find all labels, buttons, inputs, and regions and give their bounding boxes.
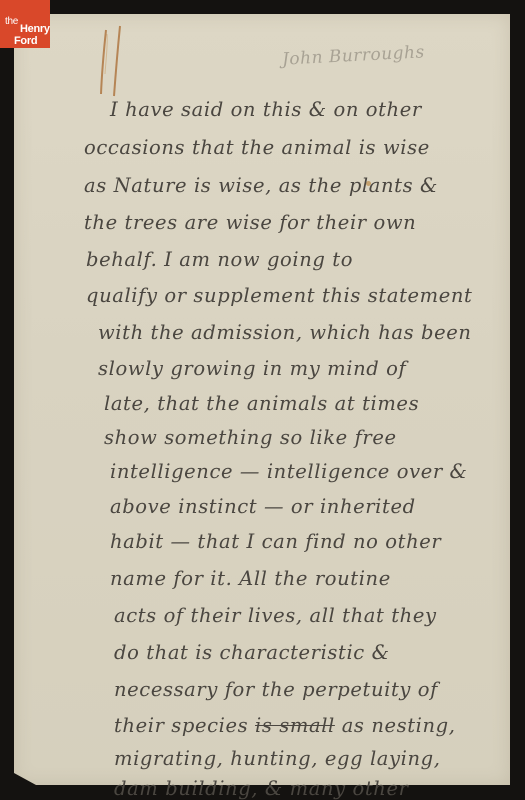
document-viewer: the Henry Ford John Burroughs I have sai… — [0, 0, 525, 800]
text-line-10: show something so like free — [104, 426, 397, 449]
text-line-19: migrating, hunting, egg laying, — [114, 747, 441, 770]
text-line-6: qualify or supplement this statement — [86, 284, 472, 307]
text-line-12: above instinct — or inherited — [110, 495, 416, 518]
text-line-3: as Nature is wise, as the plants & — [84, 174, 438, 197]
text-line-9: late, that the animals at times — [104, 392, 419, 415]
struck-through-text: is small — [255, 714, 335, 737]
text-line-18: their species is small as nesting, — [114, 714, 456, 737]
paper-corner-fold — [14, 773, 36, 785]
rust-mark-icon — [96, 24, 136, 104]
manuscript-page: John Burroughs I have said on this & on … — [14, 14, 510, 785]
logo-ford: Ford — [14, 36, 37, 47]
text-line-8: slowly growing in my mind of — [98, 357, 406, 380]
logo-the: the — [5, 17, 18, 27]
logo-henry: Henry — [20, 24, 50, 35]
text-line-13: habit — that I can find no other — [110, 530, 441, 553]
text-line-7: with the admission, which has been — [98, 321, 472, 344]
the-henry-ford-logo[interactable]: the Henry Ford — [0, 0, 50, 48]
text-line-20: dam building, & many other — [114, 777, 409, 800]
text-line-14: name for it. All the routine — [110, 567, 391, 590]
text-line-1: I have said on this & on other — [110, 98, 422, 121]
text-line-11: intelligence — intelligence over & — [110, 460, 468, 483]
text-line-5: behalf. I am now going to — [86, 248, 353, 271]
text-line-16: do that is characteristic & — [114, 641, 390, 664]
text-line-18-start: their species — [114, 714, 248, 737]
text-line-15: acts of their lives, all that they — [114, 604, 437, 627]
text-line-18-end: as nesting, — [342, 714, 456, 737]
author-annotation: John Burroughs — [282, 42, 426, 69]
text-line-2: occasions that the animal is wise — [84, 136, 430, 159]
text-line-17: necessary for the perpetuity of — [114, 678, 438, 701]
text-line-4: the trees are wise for their own — [84, 211, 416, 234]
